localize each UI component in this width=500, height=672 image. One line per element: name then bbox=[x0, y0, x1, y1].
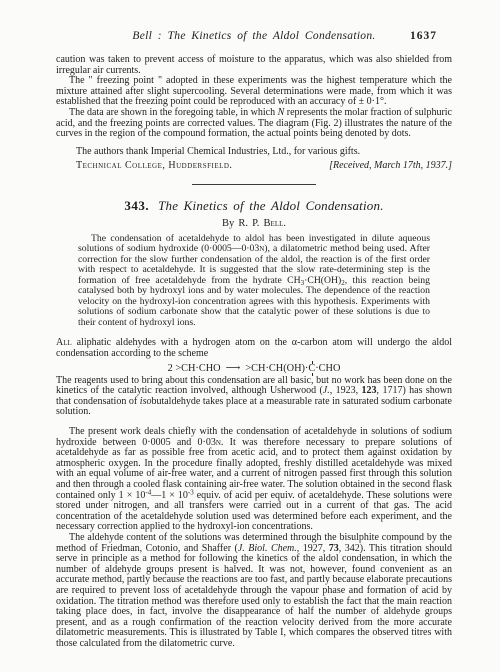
byline-prefix: By bbox=[222, 218, 238, 229]
byline-suffix: . bbox=[283, 218, 286, 229]
reaction-scheme-equation: 2 >CH·CHO⟶>CH·CH(OH)·C·CHO bbox=[56, 362, 452, 375]
bond-bottom-icon bbox=[312, 373, 313, 376]
running-head: Bell : The Kinetics of the Aldol Condens… bbox=[56, 30, 452, 44]
journal-page: Bell : The Kinetics of the Aldol Condens… bbox=[0, 0, 500, 672]
article-divider-rule bbox=[192, 184, 316, 185]
paragraph-aldehyde-content: The aldehyde content of the solutions wa… bbox=[56, 533, 452, 650]
author-name: R. P. Bell bbox=[238, 218, 283, 229]
paragraph-data-table: The data are shown in the foregoing tabl… bbox=[56, 108, 452, 140]
article-title: The Kinetics of the Aldol Condensation. bbox=[158, 198, 384, 213]
running-title: Bell : The Kinetics of the Aldol Condens… bbox=[56, 30, 452, 42]
abstract-text: The condensation of acetaldehyde to aldo… bbox=[78, 234, 430, 329]
page-number: 1637 bbox=[410, 30, 437, 42]
article-heading: 343.The Kinetics of the Aldol Condensati… bbox=[56, 199, 452, 213]
paragraph-intro: All aliphatic aldehydes with a hydrogen … bbox=[56, 338, 452, 359]
article-number: 343. bbox=[124, 198, 149, 213]
byline: By R. P. Bell. bbox=[56, 218, 452, 229]
equation-lhs: >CH·CHO bbox=[175, 363, 220, 374]
paragraph-present-work: The present work deals chiefly with the … bbox=[56, 427, 452, 533]
equation-rhs-a: >CH·CH(OH)· bbox=[245, 363, 308, 374]
received-date: [Received, March 17th, 1937.] bbox=[329, 161, 452, 172]
carbon-free-valence-glyph: C bbox=[308, 363, 315, 375]
affiliation-row: Technical College, Huddersfield. [Receiv… bbox=[56, 161, 452, 172]
equation-rhs-b: ·CHO bbox=[315, 363, 340, 374]
acknowledgment: The authors thank Imperial Chemical Indu… bbox=[56, 147, 452, 158]
reaction-arrow-icon: ⟶ bbox=[221, 362, 246, 374]
paragraph-caution-continuation: caution was taken to prevent access of m… bbox=[56, 55, 452, 76]
affiliation: Technical College, Huddersfield. bbox=[76, 161, 232, 172]
bond-top-icon bbox=[312, 361, 313, 364]
text-column: caution was taken to prevent access of m… bbox=[56, 55, 452, 649]
paragraph-freezing-point: The " freezing point " adopted in these … bbox=[56, 76, 452, 108]
paragraph-reagents: The reagents used to bring about this co… bbox=[56, 376, 452, 418]
abstract: The condensation of acetaldehyde to aldo… bbox=[78, 234, 430, 329]
